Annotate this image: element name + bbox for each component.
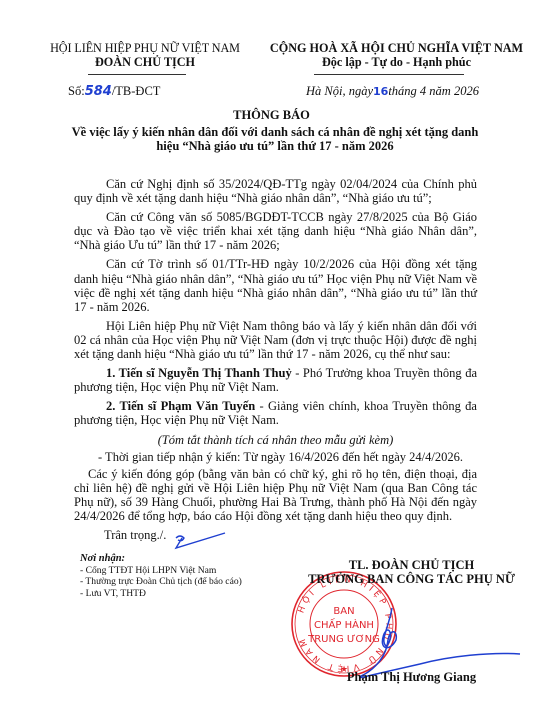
- candidate-name: 1. Tiến sĩ Nguyễn Thị Thanh Thuỷ: [106, 366, 292, 380]
- issuing-organization-block: HỘI LIÊN HIỆP PHỤ NỮ VIỆT NAM ĐOÀN CHỦ T…: [30, 41, 260, 69]
- national-motto-block: CỘNG HOÀ XÃ HỘI CHỦ NGHĨA VIỆT NAM Độc l…: [250, 41, 543, 69]
- receiving-period: - Thời gian tiếp nhận ý kiến: Từ ngày 16…: [74, 450, 477, 464]
- signature-title-block: TL. ĐOÀN CHỦ TỊCH TRƯỞNG BAN CÔNG TÁC PH…: [280, 558, 543, 586]
- document-title: THÔNG BÁO: [0, 108, 543, 123]
- doc-number-suffix: /TB-ĐCT: [112, 84, 161, 98]
- handwritten-initial-icon: [170, 530, 230, 552]
- recipients-list: Nơi nhận: - Cổng TTĐT Hội LHPN Việt Nam …: [80, 553, 242, 599]
- header-right-divider: [314, 74, 464, 75]
- date-day-handwritten: 16: [373, 85, 388, 98]
- signature-line-1: TL. ĐOÀN CHỦ TỊCH: [280, 558, 543, 572]
- candidate-name: 2. Tiến sĩ Phạm Văn Tuyến: [106, 399, 255, 413]
- basis-paragraph: Căn cứ Tờ trình số 01/TTr-HĐ ngày 10/2/2…: [74, 257, 477, 313]
- contribution-instructions: Các ý kiến đóng góp (bằng văn bản có chữ…: [74, 467, 477, 523]
- country-name: CỘNG HOÀ XÃ HỘI CHỦ NGHĨA VIỆT NAM: [250, 41, 543, 55]
- organization-name: HỘI LIÊN HIỆP PHỤ NỮ VIỆT NAM: [30, 41, 260, 55]
- candidate-item: 2. Tiến sĩ Phạm Văn Tuyến - Giảng viên c…: [74, 399, 477, 427]
- document-number: Số:584/TB-ĐCT: [68, 84, 160, 99]
- recipients-label: Nơi nhận:: [80, 553, 242, 565]
- doc-number-handwritten: 584: [85, 84, 112, 99]
- basis-paragraph: Căn cứ Nghị định số 35/2024/QĐ-TTg ngày …: [74, 177, 477, 205]
- document-date: Hà Nội, ngày16tháng 4 năm 2026: [306, 84, 479, 99]
- header-left-divider: [88, 74, 186, 75]
- doc-number-prefix: Số:: [68, 84, 85, 98]
- date-prefix: Hà Nội, ngày: [306, 84, 373, 98]
- motto: Độc lập - Tự do - Hạnh phúc: [250, 55, 543, 69]
- signer-name: Phạm Thị Hương Giang: [280, 670, 543, 685]
- recipient-item: - Thường trực Đoàn Chủ tịch (để báo cáo): [80, 576, 242, 588]
- svg-text:BAN: BAN: [333, 606, 354, 617]
- candidate-item: 1. Tiến sĩ Nguyễn Thị Thanh Thuỷ - Phó T…: [74, 366, 477, 394]
- document-body: Căn cứ Nghị định số 35/2024/QĐ-TTg ngày …: [74, 177, 477, 528]
- signature-line-2: TRƯỞNG BAN CÔNG TÁC PHỤ NỮ: [280, 572, 543, 586]
- recipient-item: - Lưu VT, THTĐ: [80, 588, 242, 600]
- attachment-note: (Tóm tắt thành tích cá nhân theo mẫu gửi…: [74, 433, 477, 447]
- date-suffix: tháng 4 năm 2026: [388, 84, 479, 98]
- basis-paragraph: Căn cứ Công văn số 5085/BGDĐT-TCCB ngày …: [74, 210, 477, 252]
- recipient-item: - Cổng TTĐT Hội LHPN Việt Nam: [80, 565, 242, 577]
- issuing-unit: ĐOÀN CHỦ TỊCH: [30, 55, 260, 69]
- closing-regards: Trân trọng./.: [104, 528, 166, 543]
- document-subtitle: Về việc lấy ý kiến nhân dân đối với danh…: [70, 125, 480, 153]
- intro-paragraph: Hội Liên hiệp Phụ nữ Việt Nam thông báo …: [74, 319, 477, 361]
